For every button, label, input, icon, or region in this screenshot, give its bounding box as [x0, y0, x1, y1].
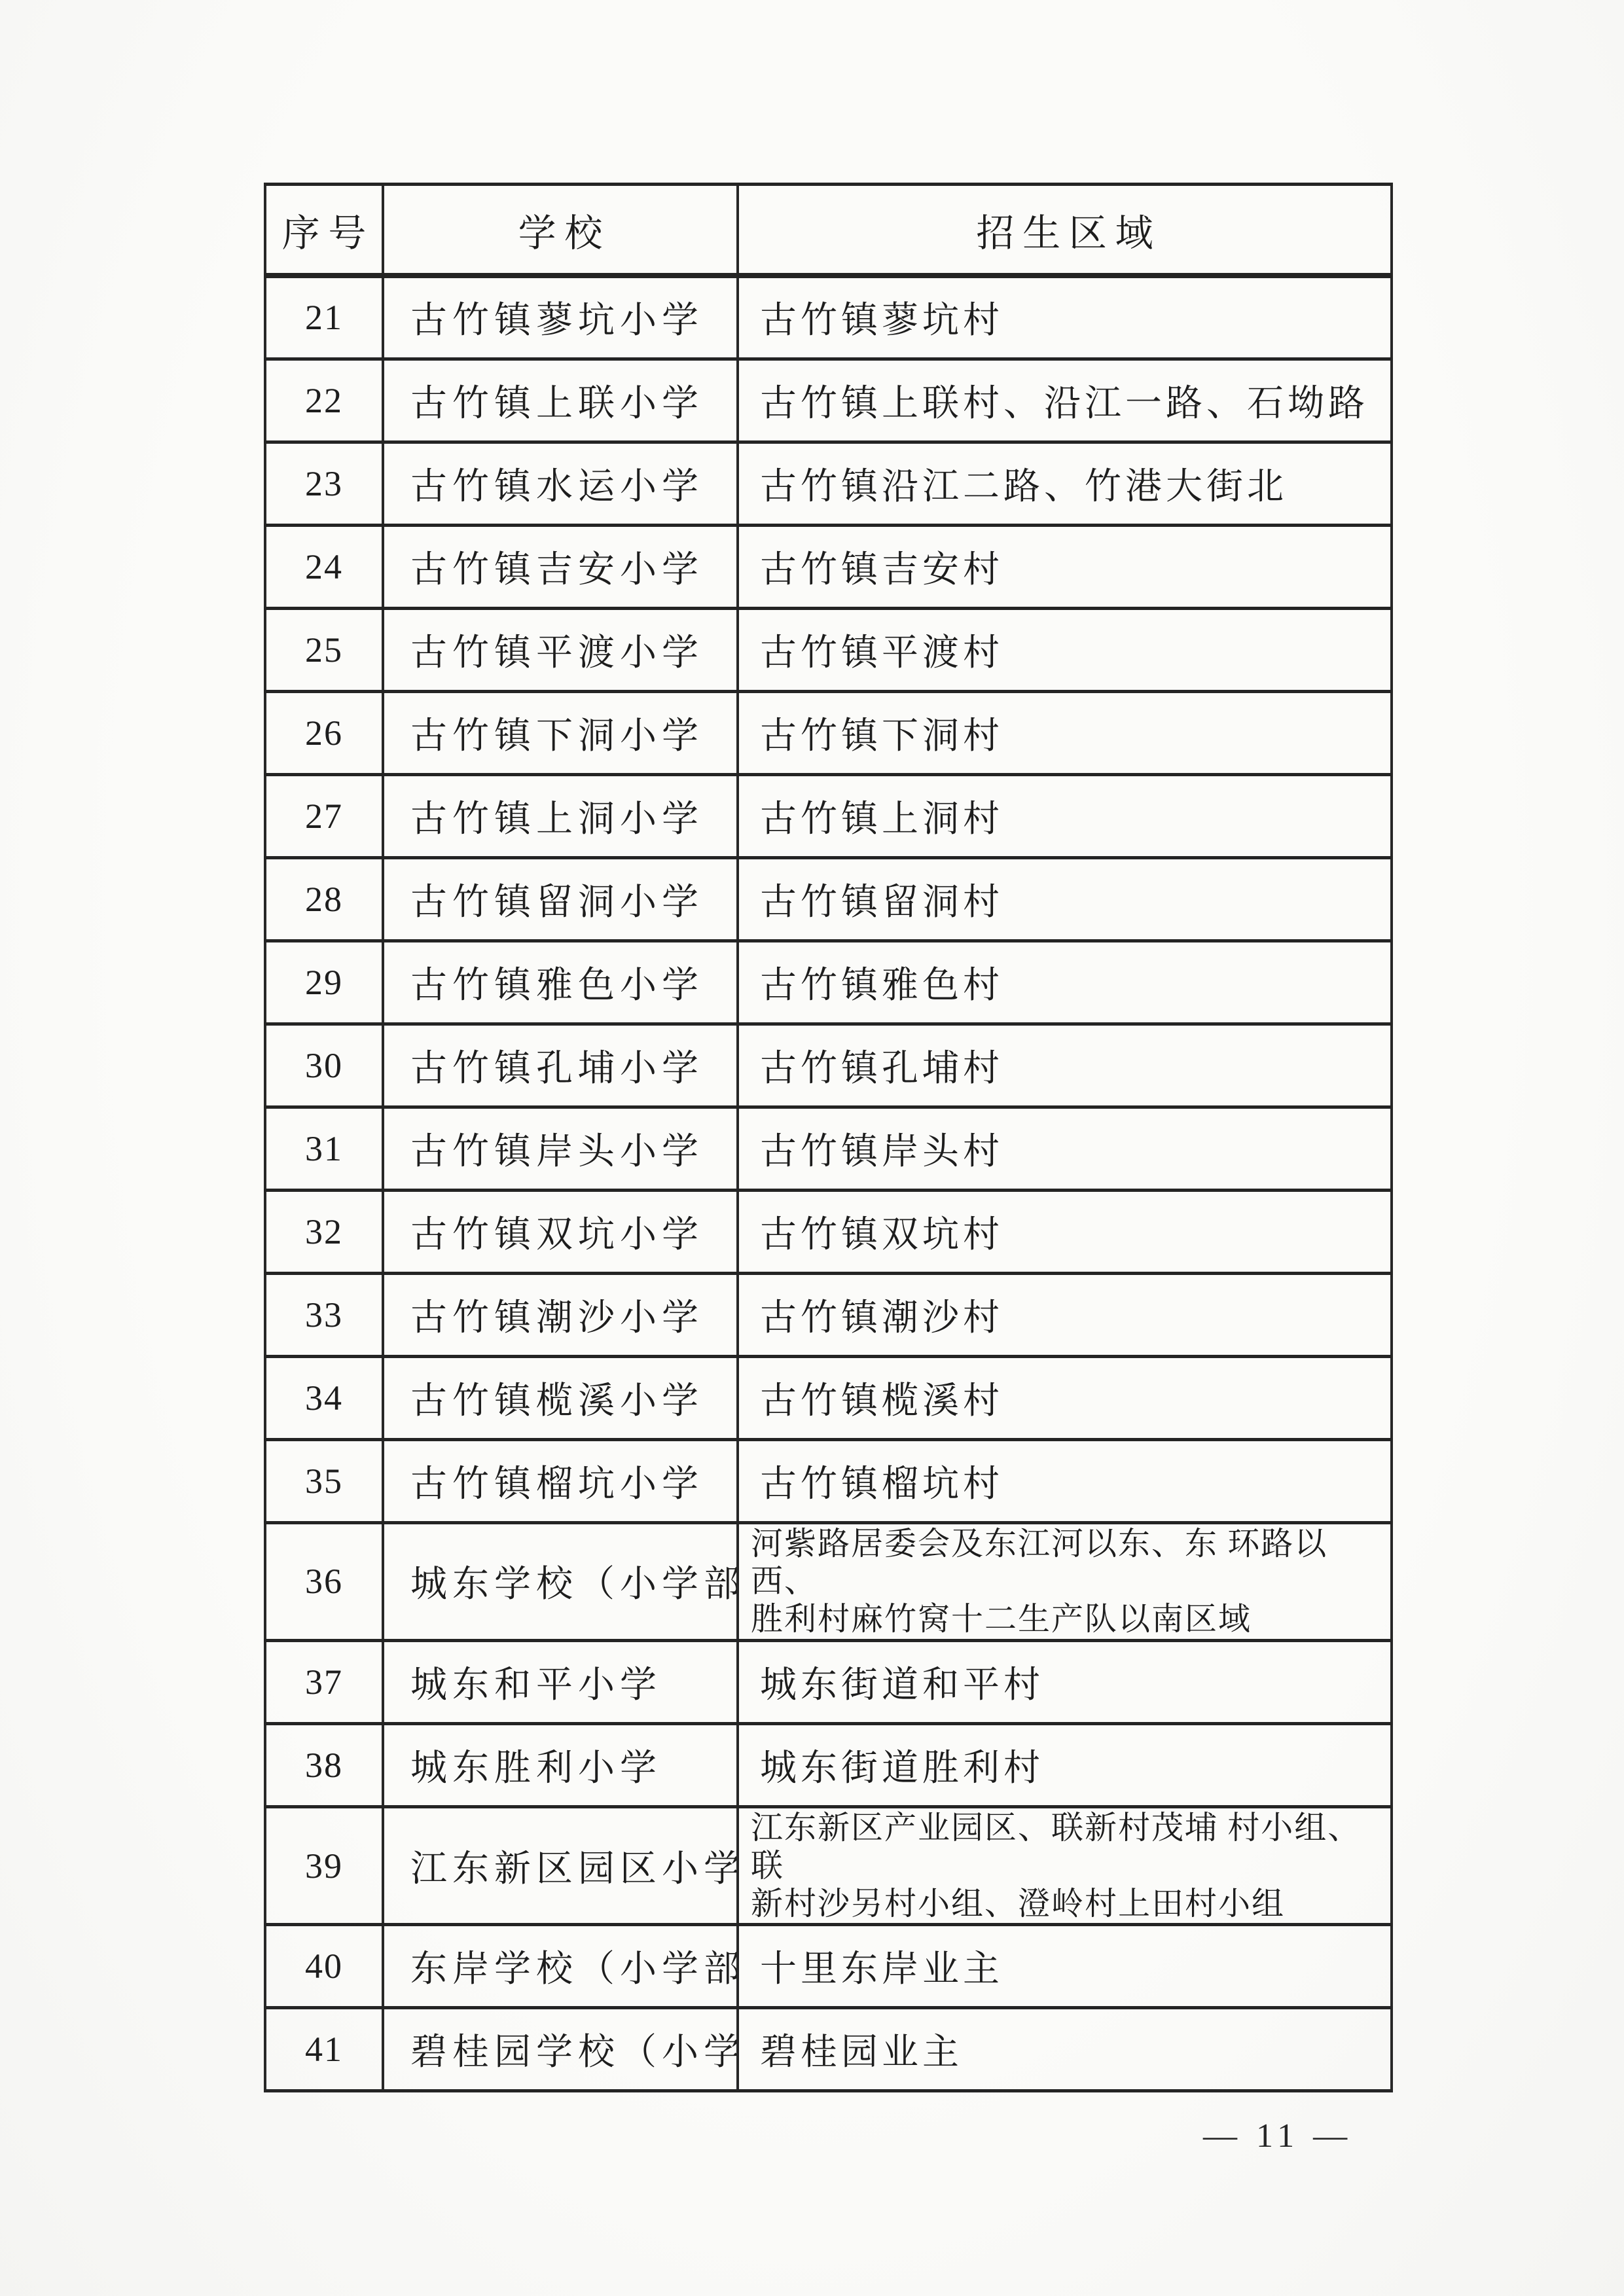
- enrollment-area: 古竹镇上联村、沿江一路、石坳路: [738, 359, 1392, 442]
- serial-number: 37: [265, 1640, 383, 1723]
- header-school: 学校: [383, 185, 738, 276]
- enrollment-area: 古竹镇双坑村: [738, 1190, 1392, 1273]
- school-name: 古竹镇雅色小学: [383, 941, 738, 1024]
- serial-number: 35: [265, 1439, 383, 1522]
- school-name: 古竹镇吉安小学: [383, 525, 738, 608]
- school-name: 古竹镇榄溪小学: [383, 1356, 738, 1439]
- serial-number: 39: [265, 1806, 383, 1924]
- school-name: 东岸学校（小学部）: [383, 1925, 738, 2008]
- school-name: 江东新区园区小学: [383, 1806, 738, 1924]
- serial-number: 28: [265, 857, 383, 941]
- enrollment-area: 古竹镇留洞村: [738, 857, 1392, 941]
- table-row: 26 古竹镇下洞小学 古竹镇下洞村: [265, 691, 1392, 774]
- table-row: 21 古竹镇蓼坑小学 古竹镇蓼坑村: [265, 276, 1392, 359]
- enrollment-area: 古竹镇吉安村: [738, 525, 1392, 608]
- table-row: 30 古竹镇孔埔小学 古竹镇孔埔村: [265, 1024, 1392, 1107]
- serial-number: 36: [265, 1522, 383, 1640]
- school-name: 古竹镇上洞小学: [383, 774, 738, 857]
- enrollment-area: 古竹镇潮沙村: [738, 1273, 1392, 1356]
- school-name: 古竹镇榴坑小学: [383, 1439, 738, 1522]
- school-name: 碧桂园学校（小学部）: [383, 2008, 738, 2091]
- serial-number: 41: [265, 2008, 383, 2091]
- school-name: 古竹镇平渡小学: [383, 608, 738, 691]
- serial-number: 22: [265, 359, 383, 442]
- table-row: 39 江东新区园区小学 江东新区产业园区、联新村茂埔 村小组、联 新村沙另村小组…: [265, 1806, 1392, 1924]
- page-number: — 11 —: [1203, 2117, 1352, 2155]
- table-row: 23 古竹镇水运小学 古竹镇沿江二路、竹港大街北: [265, 442, 1392, 525]
- school-name: 古竹镇水运小学: [383, 442, 738, 525]
- enrollment-area: 城东街道胜利村: [738, 1723, 1392, 1806]
- table-row: 41 碧桂园学校（小学部） 碧桂园业主: [265, 2008, 1392, 2091]
- school-name: 城东胜利小学: [383, 1723, 738, 1806]
- table-row: 36 城东学校（小学部） 河紫路居委会及东江河以东、东 环路以西、 胜利村麻竹窝…: [265, 1522, 1392, 1640]
- table-row: 34 古竹镇榄溪小学 古竹镇榄溪村: [265, 1356, 1392, 1439]
- table-row: 40 东岸学校（小学部） 十里东岸业主: [265, 1925, 1392, 2008]
- enrollment-area: 古竹镇榴坑村: [738, 1439, 1392, 1522]
- serial-number: 34: [265, 1356, 383, 1439]
- enrollment-area: 城东街道和平村: [738, 1640, 1392, 1723]
- enrollment-area: 十里东岸业主: [738, 1925, 1392, 2008]
- header-enrollment-area: 招生区域: [738, 185, 1392, 276]
- serial-number: 29: [265, 941, 383, 1024]
- enrollment-area: 古竹镇蓼坑村: [738, 276, 1392, 359]
- enrollment-area: 古竹镇下洞村: [738, 691, 1392, 774]
- school-name: 古竹镇蓼坑小学: [383, 276, 738, 359]
- school-name: 城东学校（小学部）: [383, 1522, 738, 1640]
- serial-number: 40: [265, 1925, 383, 2008]
- serial-number: 26: [265, 691, 383, 774]
- school-name: 古竹镇孔埔小学: [383, 1024, 738, 1107]
- enrollment-area: 古竹镇岸头村: [738, 1107, 1392, 1190]
- header-serial-number: 序号: [265, 185, 383, 276]
- table-row: 31 古竹镇岸头小学 古竹镇岸头村: [265, 1107, 1392, 1190]
- serial-number: 25: [265, 608, 383, 691]
- serial-number: 24: [265, 525, 383, 608]
- school-name: 古竹镇潮沙小学: [383, 1273, 738, 1356]
- serial-number: 23: [265, 442, 383, 525]
- enrollment-area: 河紫路居委会及东江河以东、东 环路以西、 胜利村麻竹窝十二生产队以南区域: [738, 1522, 1392, 1640]
- table-row: 25 古竹镇平渡小学 古竹镇平渡村: [265, 608, 1392, 691]
- table-row: 35 古竹镇榴坑小学 古竹镇榴坑村: [265, 1439, 1392, 1522]
- serial-number: 30: [265, 1024, 383, 1107]
- enrollment-area: 古竹镇沿江二路、竹港大街北: [738, 442, 1392, 525]
- serial-number: 32: [265, 1190, 383, 1273]
- table-row: 37 城东和平小学 城东街道和平村: [265, 1640, 1392, 1723]
- school-name: 城东和平小学: [383, 1640, 738, 1723]
- enrollment-area: 古竹镇孔埔村: [738, 1024, 1392, 1107]
- table-row: 24 古竹镇吉安小学 古竹镇吉安村: [265, 525, 1392, 608]
- serial-number: 31: [265, 1107, 383, 1190]
- school-name: 古竹镇下洞小学: [383, 691, 738, 774]
- table-row: 32 古竹镇双坑小学 古竹镇双坑村: [265, 1190, 1392, 1273]
- serial-number: 27: [265, 774, 383, 857]
- table-header-row: 序号 学校 招生区域: [265, 185, 1392, 276]
- enrollment-area: 碧桂园业主: [738, 2008, 1392, 2091]
- serial-number: 21: [265, 276, 383, 359]
- school-name: 古竹镇上联小学: [383, 359, 738, 442]
- table-row: 27 古竹镇上洞小学 古竹镇上洞村: [265, 774, 1392, 857]
- enrollment-area: 江东新区产业园区、联新村茂埔 村小组、联 新村沙另村小组、澄岭村上田村小组: [738, 1806, 1392, 1924]
- school-name: 古竹镇双坑小学: [383, 1190, 738, 1273]
- table-row: 29 古竹镇雅色小学 古竹镇雅色村: [265, 941, 1392, 1024]
- table-row: 33 古竹镇潮沙小学 古竹镇潮沙村: [265, 1273, 1392, 1356]
- table-row: 38 城东胜利小学 城东街道胜利村: [265, 1723, 1392, 1806]
- enrollment-area: 古竹镇平渡村: [738, 608, 1392, 691]
- school-name: 古竹镇岸头小学: [383, 1107, 738, 1190]
- school-name: 古竹镇留洞小学: [383, 857, 738, 941]
- table-row: 22 古竹镇上联小学 古竹镇上联村、沿江一路、石坳路: [265, 359, 1392, 442]
- enrollment-area: 古竹镇雅色村: [738, 941, 1392, 1024]
- enrollment-table: 序号 学校 招生区域 21 古竹镇蓼坑小学 古竹镇蓼坑村 22 古竹镇上联小学 …: [264, 183, 1393, 2092]
- serial-number: 38: [265, 1723, 383, 1806]
- enrollment-area: 古竹镇榄溪村: [738, 1356, 1392, 1439]
- serial-number: 33: [265, 1273, 383, 1356]
- enrollment-area: 古竹镇上洞村: [738, 774, 1392, 857]
- table-row: 28 古竹镇留洞小学 古竹镇留洞村: [265, 857, 1392, 941]
